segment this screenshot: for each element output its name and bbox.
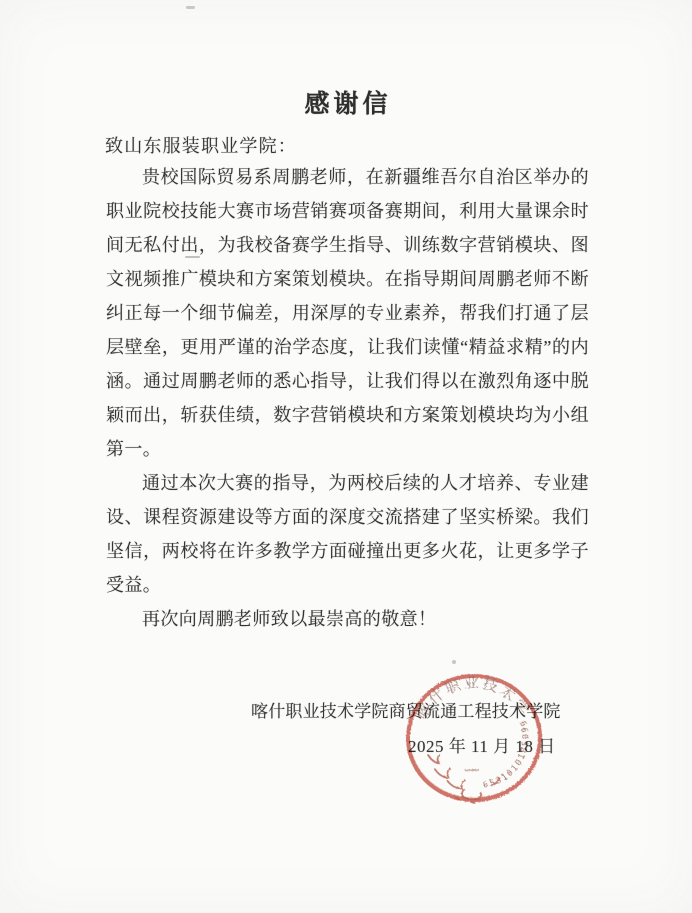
scanned-letter-page: 感谢信 致山东服装职业学院： 贵校国际贸易系周鹏老师，在新疆维吾尔自治区举办的职… — [0, 0, 692, 913]
paragraph-2: 通过本次大赛的指导，为两校后续的人才培养、专业建设、课程资源建设等方面的深度交流… — [106, 466, 589, 602]
paragraph-1: 贵校国际贸易系周鹏老师，在新疆维吾尔自治区举办的职业院校技能大赛市场营销赛项备赛… — [106, 160, 589, 466]
scan-speck — [452, 660, 456, 664]
official-seal-stamp-icon: 喀什职业技术学院 6531010185099 — [391, 655, 556, 820]
paragraph-3: 再次向周鹏老师致以最崇高的敬意！ — [106, 602, 589, 636]
salutation-line: 致山东服装职业学院： — [105, 132, 297, 158]
letter-title: 感谢信 — [0, 84, 692, 120]
letter-body: 贵校国际贸易系周鹏老师，在新疆维吾尔自治区举办的职业院校技能大赛市场营销赛项备赛… — [106, 160, 589, 636]
scan-speck — [185, 256, 200, 258]
scan-speck — [186, 6, 195, 9]
